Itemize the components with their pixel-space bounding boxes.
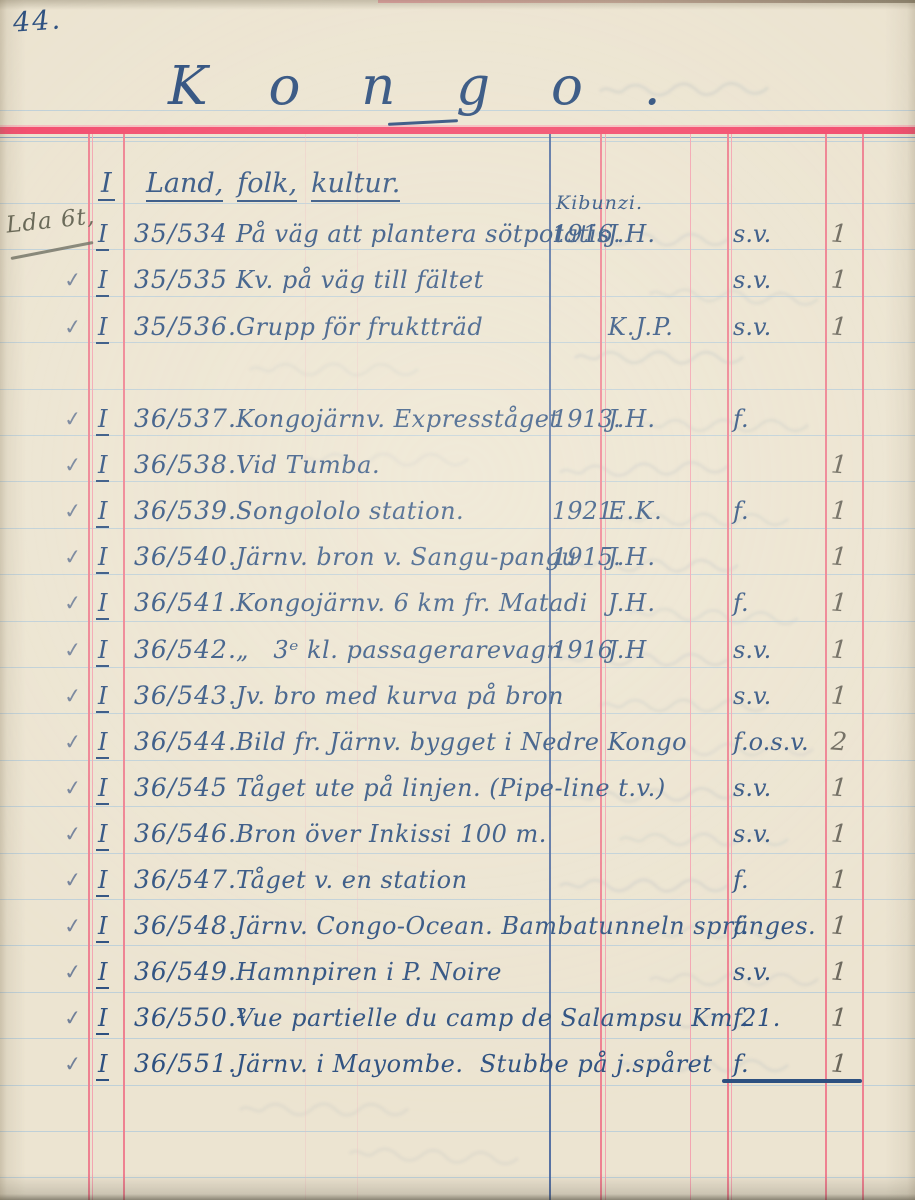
heading-word: folk, [237, 168, 297, 202]
ledger-row: ✓I36/539.Songololo station.1921.E.K.f.1 [0, 493, 915, 529]
catalog-number: 36/546. [134, 816, 237, 852]
catalog-numeral: I [96, 681, 109, 713]
catalog-number: 35/536. [134, 309, 237, 345]
entry-description: Jv. bro med kurva på bron [236, 678, 564, 714]
entry-description: „ 3ᵉ kl. passagerarevagn [236, 632, 562, 668]
entry-description: Tåget v. en station [236, 862, 468, 898]
checkmark: ✓ [62, 261, 83, 299]
catalog-numeral: I [96, 865, 109, 897]
checkmark: ✓ [62, 677, 83, 715]
copy-count: 1 [830, 953, 848, 990]
header-rule-band [0, 127, 915, 134]
catalog-numeral: I [96, 635, 109, 667]
catalog-numeral: I [96, 588, 109, 620]
checkmark: ✓ [62, 1045, 83, 1083]
ruled-line [0, 899, 915, 900]
checkmark: ✓ [62, 538, 83, 576]
ledger-row: ✓I36/537.Kongojärnv. Expresståget1913.J.… [0, 401, 915, 437]
catalog-number: 36/538. [134, 447, 237, 483]
catalog-number: 36/544. [134, 724, 237, 760]
checkmark: ✓ [62, 308, 83, 346]
checkmark: ✓ [62, 492, 83, 530]
photographer-initials: J.H. [608, 401, 656, 437]
checkmark: ✓ [62, 769, 83, 807]
page-title: K o n g o . [168, 56, 683, 117]
catalog-numeral: I [96, 404, 109, 436]
header-rule-blue-2 [0, 141, 915, 142]
copy-count: 2 [830, 723, 848, 760]
copy-count: 1 [830, 215, 848, 252]
place-note: Kibunzi. [556, 192, 643, 214]
checkmark: ✓ [62, 999, 83, 1037]
checkmark: ✓ [62, 861, 83, 899]
ruled-line [0, 1177, 915, 1178]
section-words: Land,folk,kultur. [146, 168, 414, 199]
entry-description: Vid Tumba. [236, 447, 380, 483]
entry-description: Bron över Inkissi 100 m. [236, 816, 547, 852]
catalog-numeral: I [96, 1049, 109, 1081]
top-page-edge [378, 0, 915, 3]
catalog-numeral: I [96, 957, 109, 989]
catalog-numeral: I [96, 450, 109, 482]
ledger-page: 44. K o n g o . I Land,folk,kultur. Kibu… [0, 0, 915, 1200]
ledger-row: ✓I36/542.„ 3ᵉ kl. passagerarevagn1916J.H… [0, 632, 915, 668]
catalog-numeral: I [96, 727, 109, 759]
catalog-numeral: I [96, 312, 109, 344]
page-number: 44. [12, 4, 63, 38]
ruled-line [0, 853, 915, 854]
entry-description: Järnv. bron v. Sangu-pangu [236, 539, 577, 575]
ledger-row: ✓I35/536.Grupp för fruktträdK.J.P.s.v.1 [0, 309, 915, 345]
format-code: f. [733, 1000, 749, 1036]
format-code: s.v. [733, 216, 771, 252]
ruled-line [0, 389, 915, 390]
catalog-number: 35/535 [134, 262, 228, 298]
photographer-initials: K.J.P. [608, 309, 674, 345]
checkmark: ✓ [62, 907, 83, 945]
ledger-row: ✓I36/548.Järnv. Congo-Ocean. Bambatunnel… [0, 908, 915, 944]
ruled-line [0, 992, 915, 993]
catalog-number: 36/550.² [134, 1000, 248, 1036]
catalog-number: 36/537. [134, 401, 237, 437]
entry-year: 1916 [552, 632, 613, 668]
copy-count: 1 [830, 861, 848, 898]
format-code: f. [733, 1046, 749, 1082]
catalog-number: 36/548. [134, 908, 237, 944]
catalog-number: 36/551. [134, 1046, 237, 1082]
photographer-initials: J.H. [608, 585, 656, 621]
checkmark: ✓ [62, 400, 83, 438]
ledger-row: ✓I36/545Tåget ute på linjen. (Pipe-line … [0, 770, 915, 806]
ledger-row: ✓I36/540.Järnv. bron v. Sangu-pangu1915.… [0, 539, 915, 575]
catalog-numeral: I [96, 542, 109, 574]
photographer-initials: J.H. [608, 539, 656, 575]
copy-count: 1 [830, 677, 848, 714]
format-code: s.v. [733, 678, 771, 714]
ledger-row: ✓I36/550.²Vue partielle du camp de Salam… [0, 1000, 915, 1036]
format-code: f. [733, 493, 749, 529]
catalog-numeral: I [96, 911, 109, 943]
copy-count: 1 [830, 584, 848, 621]
format-code: s.v. [733, 262, 771, 298]
ledger-row: ✓I36/544.Bild fr. Järnv. bygget i Nedre … [0, 724, 915, 760]
catalog-number: 36/545 [134, 770, 228, 806]
catalog-numeral: I [96, 1003, 109, 1035]
ruled-line [0, 1038, 915, 1039]
ledger-row: ✓I36/543.Jv. bro med kurva på brons.v.1 [0, 678, 915, 714]
catalog-number: 36/541. [134, 585, 237, 621]
copy-count: 1 [830, 631, 848, 668]
catalog-number: 36/547. [134, 862, 237, 898]
header-rule-blue [0, 137, 915, 138]
entry-description: Kongojärnv. Expresståget [236, 401, 560, 437]
checkmark: ✓ [62, 815, 83, 853]
entry-description: Bild fr. Järnv. bygget i Nedre Kongo [236, 724, 687, 760]
catalog-number: 35/534 [134, 216, 228, 252]
checkmark: ✓ [62, 631, 83, 669]
ledger-row: ✓I36/546.Bron över Inkissi 100 m.s.v.1 [0, 816, 915, 852]
ruled-line [0, 806, 915, 807]
section-heading: I Land,folk,kultur. [0, 168, 915, 204]
format-code: f. [733, 908, 749, 944]
section-numeral: I [98, 168, 115, 201]
checkmark: ✓ [62, 446, 83, 484]
format-underline [722, 1079, 862, 1083]
ledger-row: ✓I36/538.Vid Tumba.1 [0, 447, 915, 483]
ruled-line [0, 1085, 915, 1086]
catalog-numeral: I [96, 496, 109, 528]
entry-description: Järnv. Congo-Ocean. Bambatunneln spränge… [236, 908, 816, 944]
catalog-numeral: I [96, 265, 109, 297]
copy-count: 1 [830, 446, 848, 483]
copy-count: 1 [830, 907, 848, 944]
format-code: s.v. [733, 770, 771, 806]
entry-description: Järnv. i Mayombe. Stubbe på j.spåret [236, 1046, 713, 1082]
format-code: f.o.s.v. [733, 724, 809, 760]
ledger-row: ✓I36/549.Hamnpiren i P. Noires.v.1 [0, 954, 915, 990]
entry-description: Songololo station. [236, 493, 464, 529]
format-code: s.v. [733, 816, 771, 852]
format-code: s.v. [733, 954, 771, 990]
catalog-number: 36/543. [134, 678, 237, 714]
ledger-row: ✓I36/547.Tåget v. en stationf.1 [0, 862, 915, 898]
entry-description: Tåget ute på linjen. (Pipe-line t.v.) [236, 770, 666, 806]
copy-count: 1 [830, 308, 848, 345]
format-code: s.v. [733, 309, 771, 345]
catalog-number: 36/540. [134, 539, 237, 575]
copy-count: 1 [830, 538, 848, 575]
catalog-numeral: I [96, 773, 109, 805]
ledger-row: ✓I35/535Kv. på väg till fältets.v.1 [0, 262, 915, 298]
format-code: s.v. [733, 632, 771, 668]
ledger-row: ✓I36/551.Järnv. i Mayombe. Stubbe på j.s… [0, 1046, 915, 1082]
copy-count: 1 [830, 1045, 848, 1082]
copy-count: 1 [830, 815, 848, 852]
catalog-number: 36/542. [134, 632, 237, 668]
checkmark: ✓ [62, 723, 83, 761]
copy-count: 1 [830, 261, 848, 298]
format-code: f. [733, 401, 749, 437]
checkmark: ✓ [62, 953, 83, 991]
entry-description: Kongojärnv. 6 km fr. Matadi [236, 585, 588, 621]
entry-description: Grupp för fruktträd [236, 309, 483, 345]
copy-count: 1 [830, 492, 848, 529]
ledger-row: I35/534På väg att plantera sötpotatis191… [0, 216, 915, 252]
entry-description: Hamnpiren i P. Noire [236, 954, 502, 990]
heading-word: Land, [146, 168, 223, 202]
catalog-numeral: I [96, 819, 109, 851]
entry-description: Vue partielle du camp de Salampsu Km 21. [236, 1000, 781, 1036]
copy-count: 1 [830, 999, 848, 1036]
catalog-number: 36/549. [134, 954, 237, 990]
photographer-initials: J.H. [608, 216, 656, 252]
ruled-line [0, 1131, 915, 1132]
ledger-row: ✓I36/541.Kongojärnv. 6 km fr. MatadiJ.H.… [0, 585, 915, 621]
heading-word: kultur. [311, 168, 400, 202]
photographer-initials: J.H [608, 632, 647, 668]
entry-description: Kv. på väg till fältet [236, 262, 484, 298]
copy-count: 1 [830, 769, 848, 806]
checkmark: ✓ [62, 584, 83, 622]
format-code: f. [733, 862, 749, 898]
catalog-numeral: I [96, 219, 109, 251]
photographer-initials: E.K. [608, 493, 663, 529]
format-code: f. [733, 585, 749, 621]
ruled-line [0, 945, 915, 946]
catalog-number: 36/539. [134, 493, 237, 529]
